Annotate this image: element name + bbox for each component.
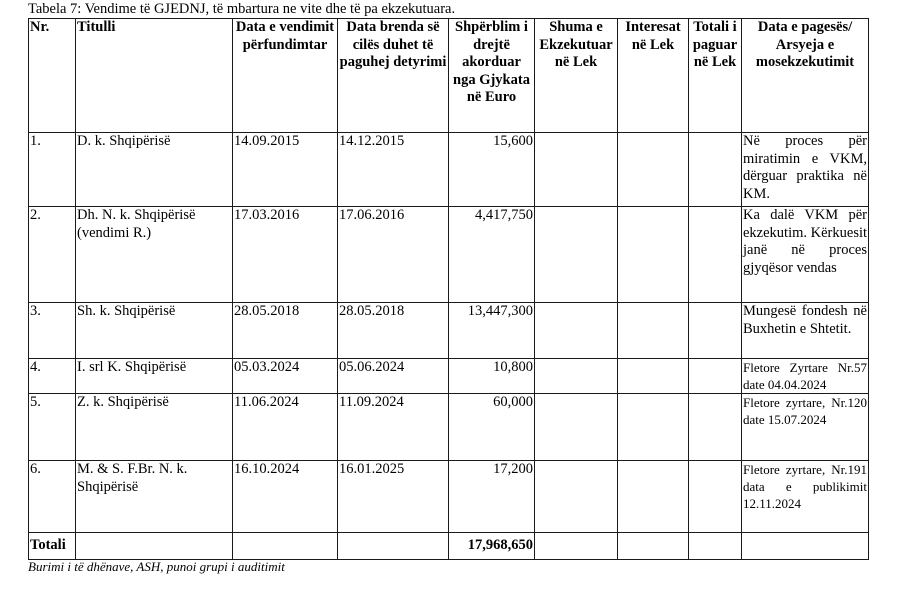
cell-shperblim-euro: 4,417,750 <box>449 207 535 303</box>
cell-shuma-ekzekutuar <box>535 359 618 394</box>
cell-interesat <box>618 303 689 359</box>
cell-arsyeja: Mungesë fondesh në Buxhetin e Shtetit. <box>742 303 869 359</box>
table-row: 4.I. srl K. Shqipërisë05.03.202405.06.20… <box>29 359 869 394</box>
cell-shperblim-euro: 10,800 <box>449 359 535 394</box>
cell-nr: 3. <box>29 303 76 359</box>
cell-data-pageses-afati: 05.06.2024 <box>338 359 449 394</box>
cell-data-vendimit: 11.06.2024 <box>233 394 338 461</box>
col-header-data-afati: Data brenda së cilës duhet të paguhej de… <box>338 19 449 133</box>
empty-cell <box>338 533 449 560</box>
cell-titulli: D. k. Shqipërisë <box>76 133 233 207</box>
empty-cell <box>76 533 233 560</box>
cell-shperblim-euro: 60,000 <box>449 394 535 461</box>
decisions-table: Nr. Titulli Data e vendimit përfundimtar… <box>28 18 869 560</box>
cell-data-vendimit: 16.10.2024 <box>233 461 338 533</box>
table-row: 1.D. k. Shqipërisë14.09.201514.12.201515… <box>29 133 869 207</box>
cell-data-vendimit: 05.03.2024 <box>233 359 338 394</box>
cell-data-vendimit: 17.03.2016 <box>233 207 338 303</box>
cell-interesat <box>618 394 689 461</box>
col-header-shperblim: Shpërblim i drejtë akorduar nga Gjykata … <box>449 19 535 133</box>
cell-interesat <box>618 359 689 394</box>
empty-cell <box>535 533 618 560</box>
table-row: 3.Sh. k. Shqipërisë28.05.201828.05.20181… <box>29 303 869 359</box>
col-header-data-vendimit: Data e vendimit përfundimtar <box>233 19 338 133</box>
cell-data-vendimit: 14.09.2015 <box>233 133 338 207</box>
cell-shuma-ekzekutuar <box>535 207 618 303</box>
cell-nr: 2. <box>29 207 76 303</box>
cell-totali-paguar <box>689 394 742 461</box>
cell-arsyeja: Ka dalë VKM për ekzekutim. Kërkuesit jan… <box>742 207 869 303</box>
cell-nr: 1. <box>29 133 76 207</box>
empty-cell <box>742 533 869 560</box>
table-caption: Tabela 7: Vendime të GJEDNJ, të mbartura… <box>28 1 455 18</box>
cell-totali-paguar <box>689 133 742 207</box>
cell-shperblim-euro: 13,447,300 <box>449 303 535 359</box>
cell-shuma-ekzekutuar <box>535 133 618 207</box>
cell-totali-paguar <box>689 359 742 394</box>
cell-arsyeja: Fletore zyrtare, Nr.120 date 15.07.2024 <box>742 394 869 461</box>
source-note: Burimi i të dhënave, ASH, punoi grupi i … <box>28 559 285 575</box>
cell-titulli: I. srl K. Shqipërisë <box>76 359 233 394</box>
cell-titulli: Dh. N. k. Shqipërisë (vendimi R.) <box>76 207 233 303</box>
header-row: Nr. Titulli Data e vendimit përfundimtar… <box>29 19 869 133</box>
cell-totali-paguar <box>689 303 742 359</box>
col-header-nr: Nr. <box>29 19 76 133</box>
col-header-arsyeja: Data e pagesës/ Arsyeja e mosekzekutimit <box>742 19 869 133</box>
cell-data-pageses-afati: 17.06.2016 <box>338 207 449 303</box>
cell-arsyeja: Në proces për miratimin e VKM, dërguar p… <box>742 133 869 207</box>
table-row: 6.M. & S. F.Br. N. k. Shqipërisë16.10.20… <box>29 461 869 533</box>
table-row: 5.Z. k. Shqipërisë11.06.202411.09.202460… <box>29 394 869 461</box>
cell-titulli: Sh. k. Shqipërisë <box>76 303 233 359</box>
table-row: 2.Dh. N. k. Shqipërisë (vendimi R.)17.03… <box>29 207 869 303</box>
col-header-interesat: Interesat në Lek <box>618 19 689 133</box>
cell-shuma-ekzekutuar <box>535 461 618 533</box>
cell-data-vendimit: 28.05.2018 <box>233 303 338 359</box>
cell-arsyeja: Fletore zyrtare, Nr.191 data e publikimi… <box>742 461 869 533</box>
cell-titulli: Z. k. Shqipërisë <box>76 394 233 461</box>
cell-shperblim-euro: 15,600 <box>449 133 535 207</box>
total-row: Totali 17,968,650 <box>29 533 869 560</box>
total-label: Totali <box>29 533 76 560</box>
cell-data-pageses-afati: 28.05.2018 <box>338 303 449 359</box>
total-shperblim: 17,968,650 <box>449 533 535 560</box>
cell-interesat <box>618 461 689 533</box>
cell-interesat <box>618 133 689 207</box>
cell-shuma-ekzekutuar <box>535 303 618 359</box>
cell-nr: 5. <box>29 394 76 461</box>
empty-cell <box>689 533 742 560</box>
cell-nr: 4. <box>29 359 76 394</box>
cell-data-pageses-afati: 16.01.2025 <box>338 461 449 533</box>
cell-arsyeja: Fletore Zyrtare Nr.57 date 04.04.2024 <box>742 359 869 394</box>
cell-shuma-ekzekutuar <box>535 394 618 461</box>
cell-nr: 6. <box>29 461 76 533</box>
cell-interesat <box>618 207 689 303</box>
cell-shperblim-euro: 17,200 <box>449 461 535 533</box>
col-header-totali-paguar: Totali i paguar në Lek <box>689 19 742 133</box>
empty-cell <box>233 533 338 560</box>
col-header-titulli: Titulli <box>76 19 233 133</box>
cell-totali-paguar <box>689 461 742 533</box>
col-header-shuma-ekzekutuar: Shuma e Ekzekutuar në Lek <box>535 19 618 133</box>
cell-titulli: M. & S. F.Br. N. k. Shqipërisë <box>76 461 233 533</box>
empty-cell <box>618 533 689 560</box>
cell-data-pageses-afati: 11.09.2024 <box>338 394 449 461</box>
cell-data-pageses-afati: 14.12.2015 <box>338 133 449 207</box>
cell-totali-paguar <box>689 207 742 303</box>
